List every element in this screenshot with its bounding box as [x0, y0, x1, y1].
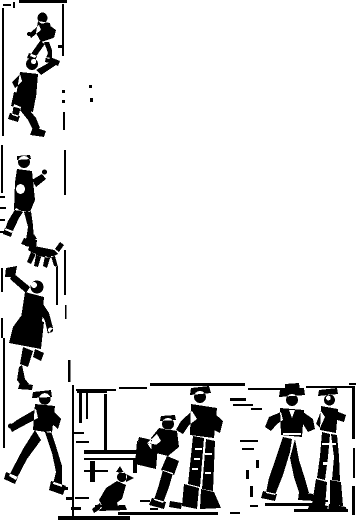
- boy-runner-silhouette: [3, 155, 47, 247]
- boy-leaning-silhouette: [176, 386, 223, 509]
- engraving-canvas: [0, 0, 360, 520]
- vignette-boy-runner: [3, 155, 47, 247]
- figure-dog-sitting: [92, 466, 134, 513]
- boy-dancing-face-highlight: [31, 282, 37, 288]
- boy-flat-cap-silhouette: [308, 388, 347, 512]
- bottom-scene: [58, 383, 356, 520]
- boy-crouching-silhouette: [135, 415, 182, 509]
- boy-runner-bundle-highlight: [16, 184, 25, 194]
- boy-lunging-face-highlight: [31, 59, 36, 64]
- vignette-boy-lunging: [8, 57, 60, 137]
- figure-boy-leaning: [176, 386, 223, 509]
- fence-posts: [74, 390, 107, 452]
- boy-akimbo-silhouette: [261, 383, 315, 501]
- boy-striding-silhouette: [4, 390, 66, 495]
- boy-kicking-silhouette: [27, 13, 56, 65]
- artwork-root: [0, 0, 356, 520]
- boy-dancing-silhouette: [5, 266, 53, 390]
- boy-lunging-silhouette: [8, 57, 60, 137]
- dog-sitting-silhouette: [92, 466, 134, 513]
- figure-boy-flat-cap: [308, 388, 347, 512]
- vignette-boy-striding: [4, 390, 66, 495]
- vignette-boy-kicking: [27, 13, 56, 65]
- figure-boy-crouching: [135, 415, 182, 509]
- figure-boy-akimbo: [261, 383, 315, 501]
- vignette-boy-dancing: [5, 266, 53, 390]
- engraving-page: [0, 0, 360, 520]
- background-scribbles: [230, 398, 262, 497]
